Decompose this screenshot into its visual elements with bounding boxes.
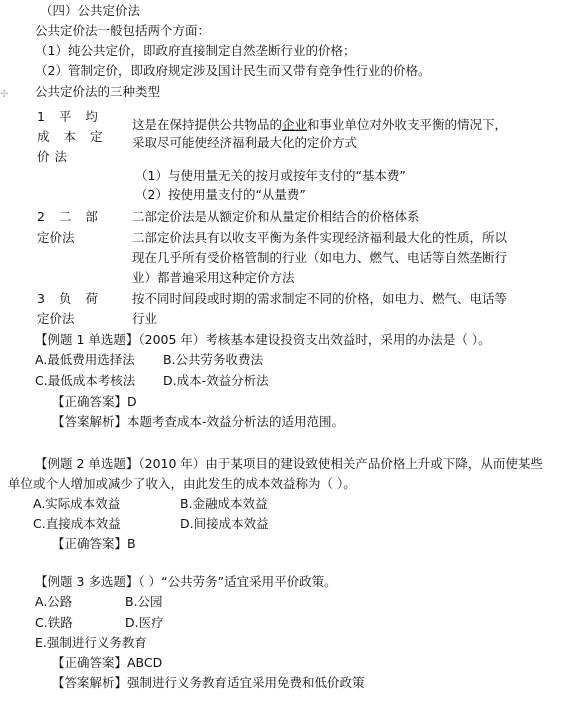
type3-label-line2: 定价法 [37, 310, 107, 328]
type2-desc-line1: 二部定价法是从额定价和从量定价相结合的价格体系 [132, 208, 420, 226]
example3-option-e: E.强制进行义务教育 [35, 634, 147, 652]
section-item-1: （1）纯公共定价，即政府直接制定自然垄断行业的价格； [35, 42, 355, 60]
type2-label-line1: 2 二 部 [37, 208, 107, 226]
example1-option-c: C.最低成本考核法 [35, 372, 135, 390]
example2-option-c: C.直接成本效益 [33, 515, 121, 533]
example1-option-a: A.最低费用选择法 [35, 351, 135, 369]
type1-label-line1: 1 平 均 [37, 108, 107, 126]
example3-question: 【例题 3 多选题】（ ）“公共劳务”适宜采用平价政策。 [35, 573, 337, 591]
types-heading: 公共定价法的三种类型 [35, 83, 160, 101]
example1-answer: 【正确答案】D [52, 393, 137, 411]
example1-analysis: 【答案解析】本题考查成本-效益分析法的适用范围。 [52, 413, 344, 431]
example2-question-line1: 【例题 2 单选题】（2010 年）由于某项目的建设致使相关产品价格上升或下降，… [35, 455, 543, 473]
type1-label-line2: 成 本 定 [37, 128, 107, 146]
type2-desc-line2: 二部定价法具有以收支平衡为条件实现经济福利最大化的性质，所以 [132, 229, 507, 247]
example3-option-c: C.铁路 [35, 614, 73, 632]
example1-option-b: B.公共劳务收费法 [163, 351, 263, 369]
example2-option-b: B.金融成本效益 [180, 495, 268, 513]
type3-label-line1: 3 负 荷 [37, 290, 107, 308]
type1-sub-1: （1）与使用量无关的按月或按年支付的“基本费” [135, 167, 406, 185]
example2-option-a: A.实际成本效益 [33, 495, 120, 513]
type1-sub-2: （2）按使用量支付的“从量费” [135, 186, 306, 204]
example3-option-b: B.公园 [125, 593, 163, 611]
type2-label-line2: 定价法 [37, 229, 107, 247]
type2-desc-line4: 业）都普遍采用这种定价方法 [132, 269, 295, 287]
type3-desc-line2: 行业 [132, 310, 157, 328]
example3-option-d: D.医疗 [125, 614, 164, 632]
type2-desc-line3: 现在几乎所有受价格管制的行业（如电力、燃气、电话等自然垄断行 [132, 249, 507, 267]
example3-analysis: 【答案解析】强制进行义务教育适宜采用免费和低价政策 [52, 674, 365, 692]
section-item-2: （2）管制定价，即政府规定涉及国计民生而又带有竞争性行业的价格。 [35, 62, 430, 80]
example3-answer: 【正确答案】ABCD [52, 654, 162, 672]
example1-question: 【例题 1 单选题】（2005 年）考核基本建设投资支出效益时，采用的办法是（ … [35, 331, 491, 349]
example1-option-d: D.成本-效益分析法 [163, 372, 269, 390]
type3-desc-line1: 按不同时间段或时期的需求制定不同的价格，如电力、燃气、电话等 [132, 290, 507, 308]
type1-desc-line1: 这是在保持提供公共物品的企业和事业单位对外收支平衡的情况下， [132, 116, 507, 134]
example2-question-line2: 单位或个人增加或减少了收入，由此发生的成本效益称为（ ）。 [8, 475, 356, 493]
type1-label-line3: 价法 [37, 148, 107, 166]
section-title: （四）公共定价法 [40, 2, 140, 20]
example3-option-a: A.公路 [35, 593, 72, 611]
anchor-marker-icon: ✣ [0, 86, 8, 104]
section-intro: 公共定价法一般包括两个方面： [35, 22, 210, 40]
example2-answer: 【正确答案】B [52, 535, 136, 553]
example2-option-d: D.间接成本效益 [180, 515, 269, 533]
type1-desc-line2: 采取尽可能使经济福利最大化的定价方式 [132, 134, 357, 152]
